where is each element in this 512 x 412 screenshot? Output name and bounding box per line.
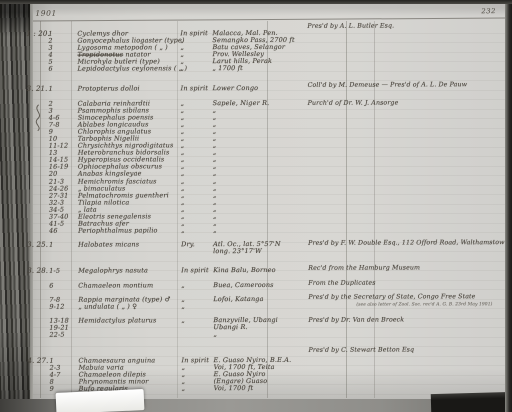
specimen-number: 22-5 xyxy=(49,331,73,339)
specimen-number: 46 xyxy=(49,226,73,234)
acquisition-note: Rec'd from the Hamburg Museum xyxy=(308,264,506,272)
dark-object xyxy=(431,392,512,412)
entry-group: 2Calabaria reinhardtii„Sapele, Niger R.3… xyxy=(0,98,512,234)
entry-date: 3. 21. xyxy=(27,85,49,93)
folio-number: 232 xyxy=(481,7,496,15)
species-name: Chamaeleon montium xyxy=(78,281,178,289)
entry-date: 3. 28. xyxy=(27,267,49,275)
locality: Kina Balu, Borneo xyxy=(213,266,305,274)
specimen-number: 6 xyxy=(49,282,73,290)
white-paper-label xyxy=(56,389,145,412)
species-name: Lepidodactylus ceylonensis ( „ ) xyxy=(78,65,178,73)
acquisition-note: Pres'd by F. W. Double Esq., 112 Offord … xyxy=(308,239,506,247)
handwriting-layer: 1901 232 1 : 20.1Cyclemys dhorIn spiritM… xyxy=(0,0,512,412)
register-row: 22-5„ xyxy=(0,329,512,338)
locality: „ xyxy=(213,330,305,338)
register-row: long. 23°17'W xyxy=(0,246,512,255)
locality: long. 23°17'W xyxy=(213,247,305,255)
register-page-photo: 1901 232 1 : 20.1Cyclemys dhorIn spiritM… xyxy=(0,0,512,412)
acquisition-note: From the Duplicates xyxy=(308,279,506,287)
entry-group: 1 : 20.1Cyclemys dhorIn spiritMalacca, M… xyxy=(0,28,512,72)
locality: Buea, Cameroons xyxy=(213,281,305,289)
acquisition-note: Coll'd by M. Demeuse — Pres'd of A. L. D… xyxy=(308,81,506,89)
locality: „ 1700 ft xyxy=(213,64,305,72)
acquisition-note: Pres'd by C. Stewart Betton Esq xyxy=(308,346,506,354)
specimen-number: 6 xyxy=(49,65,73,73)
acquisition-note: Pres'd by A. L. Butler Esq. xyxy=(307,22,505,30)
photo-top-edge xyxy=(0,0,512,4)
locality: Lower Congo xyxy=(213,84,305,92)
page-right-edge xyxy=(505,0,512,412)
preservation-method: „ xyxy=(181,64,209,72)
specimen-number: 1-5 xyxy=(49,267,73,275)
entry-group: 4. 27.1Chamaesaura anguinaIn spiritE. Gu… xyxy=(1,355,512,392)
species-name: Megalophrys nasuta xyxy=(78,266,178,274)
species-name: Protopterus dolloi xyxy=(78,84,178,92)
register-row: 46Periophthalmus papilio„„ xyxy=(0,225,512,234)
locality: Voi, 1700 ft xyxy=(214,384,306,392)
acquisition-note-small: (see also letter of Zool. Soc. rec'd A. … xyxy=(356,302,512,308)
acquisition-note: Purch'd of Dr. W. J. Ansorge xyxy=(308,99,506,107)
locality: „ xyxy=(213,226,305,234)
specimen-number: 1 xyxy=(49,85,73,93)
preservation-method: In spirit xyxy=(181,84,209,92)
register-row: 9Bufo regularis„Voi, 1700 ft xyxy=(1,383,512,392)
preservation-method: „ xyxy=(182,384,210,392)
acquisition-note: Pres'd by the Secretary of State, Congo … xyxy=(308,293,506,301)
register-row: 6Lepidodactylus ceylonensis ( „ )„„ 1700… xyxy=(0,63,512,72)
preservation-method: In spirit xyxy=(181,266,209,274)
year-heading: 1901 xyxy=(35,9,57,18)
preservation-method: „ xyxy=(181,281,209,289)
specimen-number: 9-12 xyxy=(49,303,73,311)
acquisition-note: Pres'd by Dr. Van den Broeck xyxy=(308,316,506,324)
species-name: „ undulata ( „ ) ♀ xyxy=(78,302,178,310)
preservation-method: „ xyxy=(181,302,209,310)
species-name: Periophthalmus papilio xyxy=(78,226,178,234)
preservation-method: „ xyxy=(181,226,209,234)
